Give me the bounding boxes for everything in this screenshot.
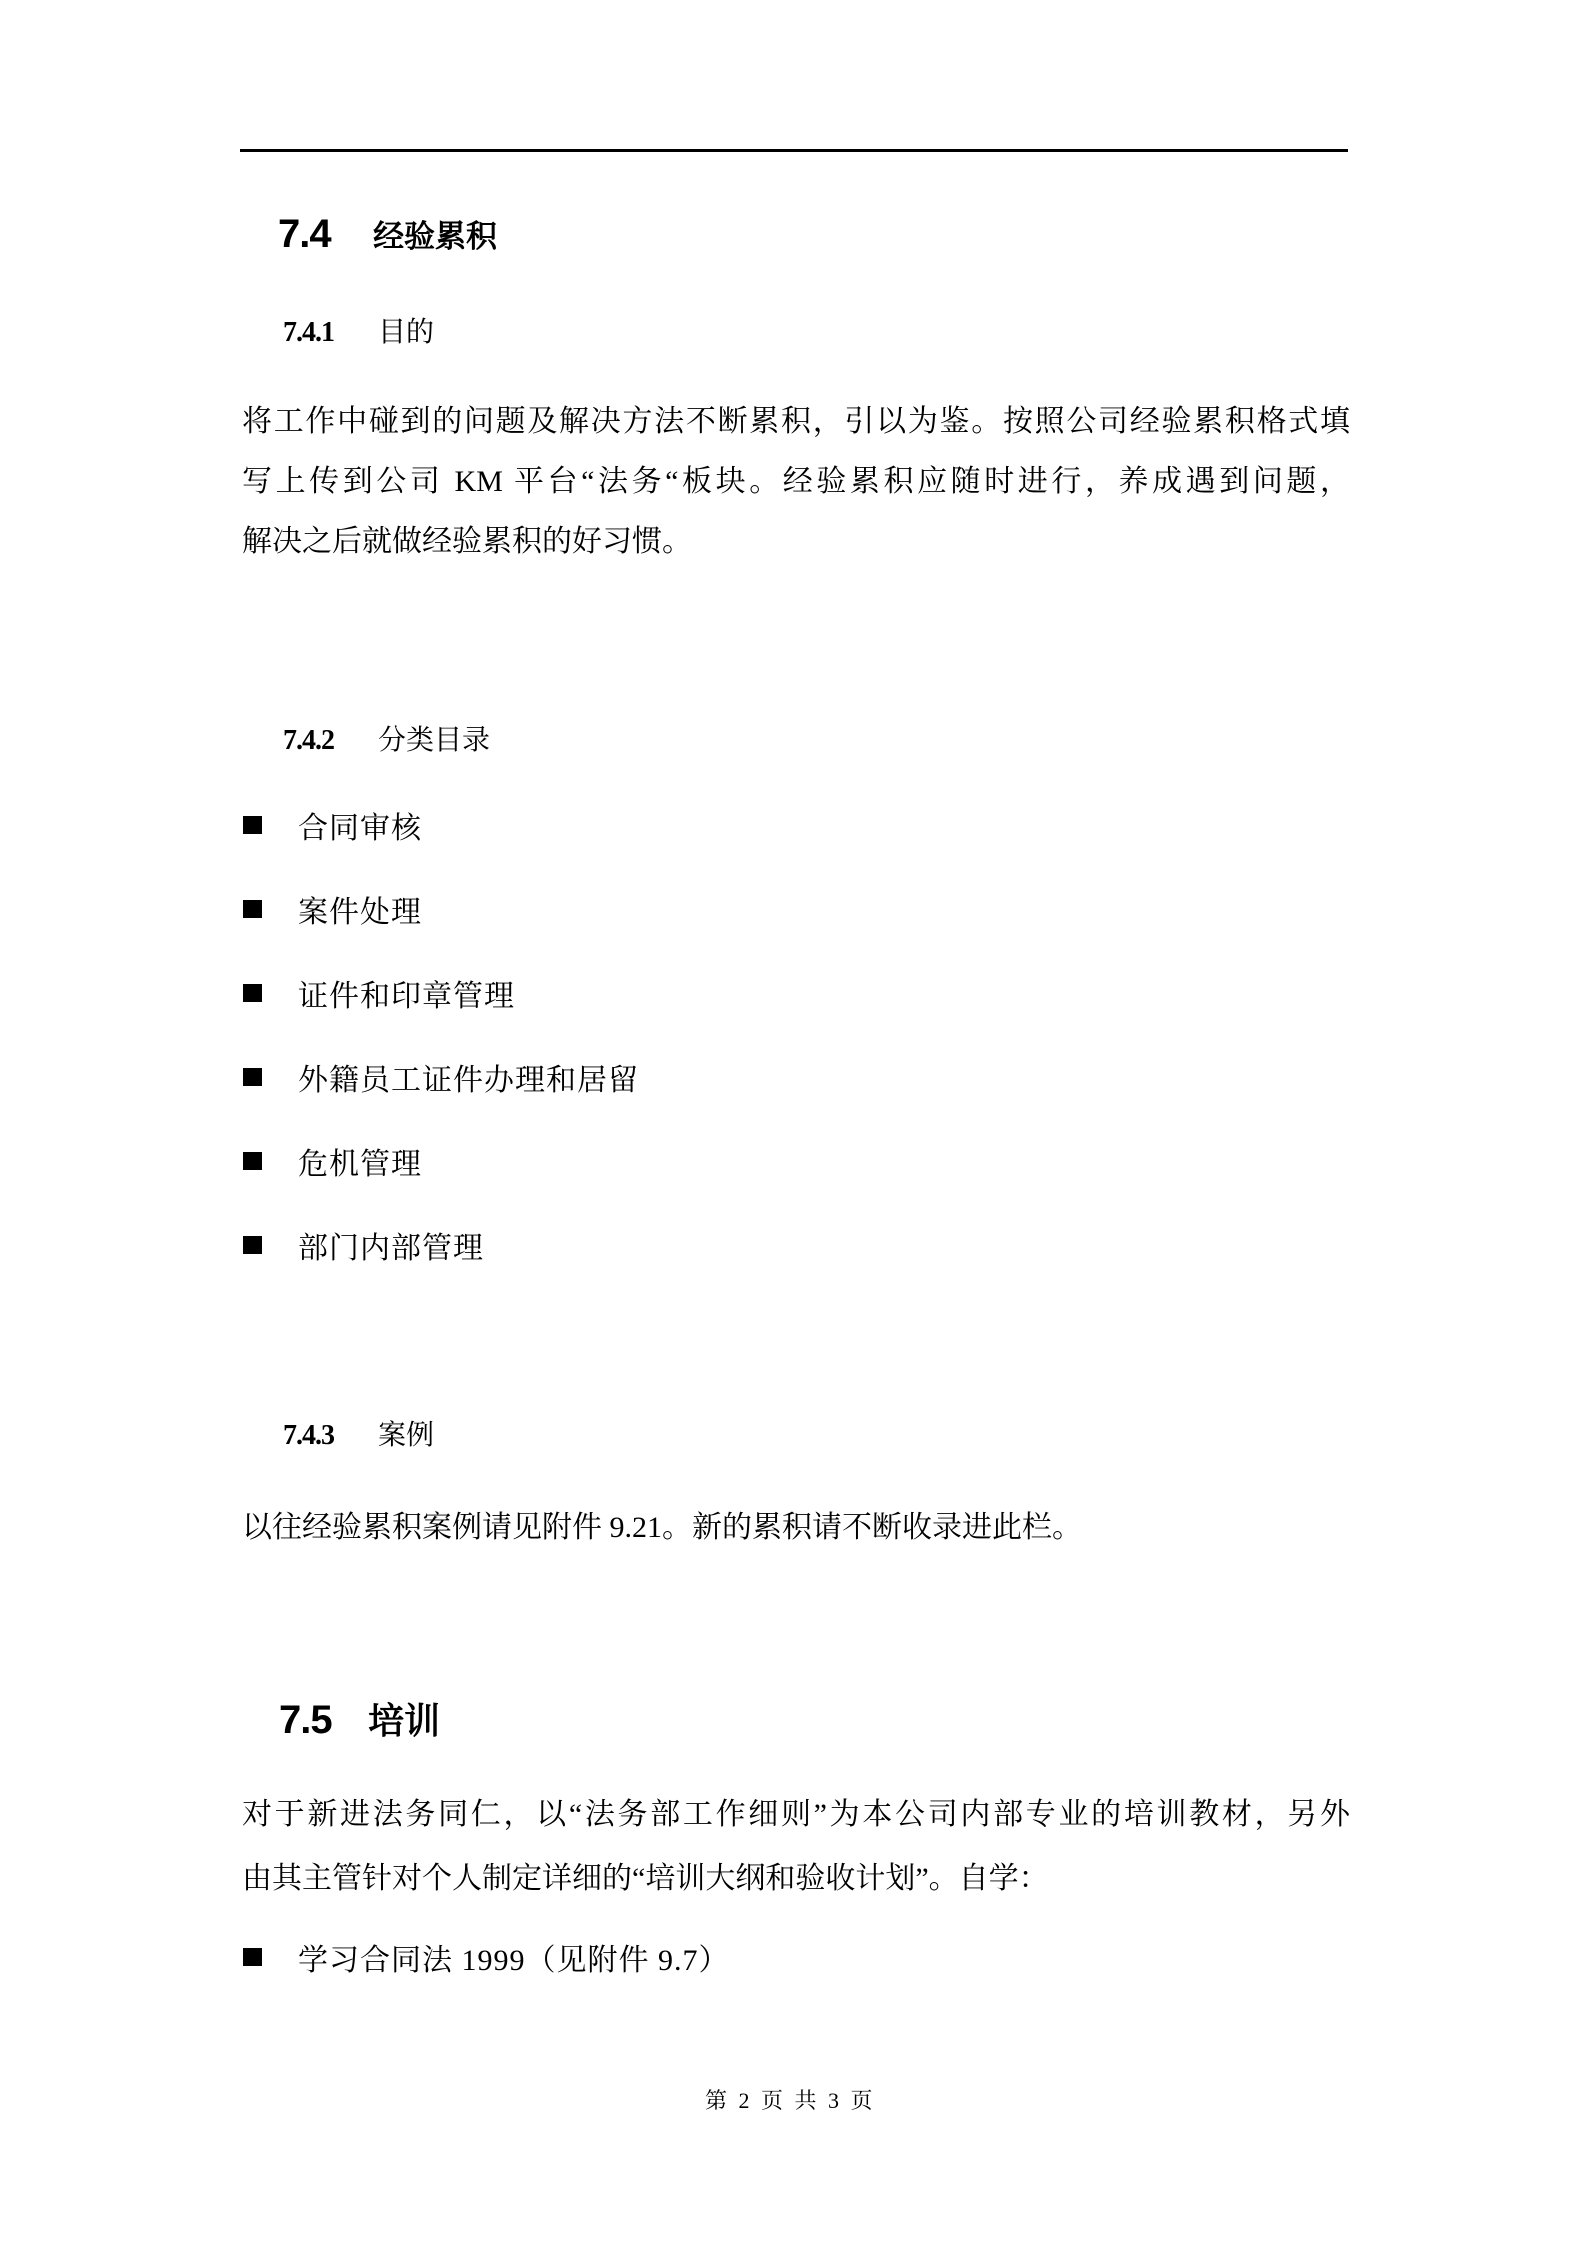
cases-paragraph: 以往经验累积案例请见附件 9.21。新的累积请不断收录进此栏。 <box>242 1498 1350 1558</box>
square-bullet-icon <box>243 984 262 1002</box>
list-item-text: 外籍员工证件办理和居留 <box>298 1055 639 1099</box>
section-heading-7-4: 7.4 经验累积 <box>278 214 497 254</box>
paragraph-line: 以往经验累积案例请见附件 9.21。新的累积请不断收录进此栏。 <box>242 1498 1350 1558</box>
training-paragraph: 对于新进法务同仁，以“法务部工作细则”为本公司内部专业的培训教材，另外 由其主管… <box>242 1783 1350 1911</box>
section-heading-7-5: 7.5 培训 <box>279 1700 440 1740</box>
section-title: 经验累积 <box>373 221 497 252</box>
square-bullet-icon <box>243 1152 262 1170</box>
list-item: 合同审核 <box>240 805 639 845</box>
paragraph-line: 解决之后就做经验累积的好习惯。 <box>242 512 1350 572</box>
section-number: 7.5 <box>279 1700 332 1740</box>
list-item-text: 危机管理 <box>298 1139 422 1183</box>
paragraph-line: 将工作中碰到的问题及解决方法不断累积，引以为鉴。按照公司经验累积格式填 <box>242 392 1350 452</box>
list-item-text: 部门内部管理 <box>298 1223 484 1267</box>
square-bullet-icon <box>243 816 262 834</box>
square-bullet-icon <box>243 900 262 918</box>
section-title: 培训 <box>368 1703 440 1739</box>
subsection-title: 分类目录 <box>378 726 490 754</box>
list-item-text: 证件和印章管理 <box>298 971 515 1015</box>
subsection-title: 目的 <box>378 318 434 346</box>
paragraph-line: 由其主管针对个人制定详细的“培训大纲和验收计划”。自学： <box>242 1847 1350 1911</box>
list-item-text: 学习合同法 1999（见附件 9.7） <box>298 1935 730 1979</box>
paragraph-line: 对于新进法务同仁，以“法务部工作细则”为本公司内部专业的培训教材，另外 <box>242 1783 1350 1847</box>
square-bullet-icon <box>243 1236 262 1254</box>
list-item: 案件处理 <box>240 889 639 929</box>
list-item-text: 案件处理 <box>298 887 422 931</box>
square-bullet-icon <box>243 1948 262 1966</box>
subsection-heading-7-4-3: 7.4.3 案例 <box>283 1421 434 1450</box>
header-rule <box>240 149 1348 152</box>
self-study-list: 学习合同法 1999（见附件 9.7） <box>240 1937 730 1977</box>
subsection-number: 7.4.3 <box>283 1422 334 1450</box>
category-list: 合同审核 案件处理 证件和印章管理 外籍员工证件办理和居留 危机管理 部门内部管… <box>240 805 639 1265</box>
list-item: 部门内部管理 <box>240 1225 639 1265</box>
purpose-paragraph: 将工作中碰到的问题及解决方法不断累积，引以为鉴。按照公司经验累积格式填 写上传到… <box>242 392 1350 572</box>
paragraph-line: 写上传到公司 KM 平台“法务“板块。经验累积应随时进行，养成遇到问题， <box>242 452 1350 512</box>
page-footer: 第 2 页 共 3 页 <box>705 2084 873 2115</box>
list-item: 学习合同法 1999（见附件 9.7） <box>240 1937 730 1977</box>
subsection-number: 7.4.1 <box>283 319 334 347</box>
list-item: 证件和印章管理 <box>240 973 639 1013</box>
section-number: 7.4 <box>278 214 331 254</box>
square-bullet-icon <box>243 1068 262 1086</box>
subsection-heading-7-4-2: 7.4.2 分类目录 <box>283 726 490 755</box>
list-item: 外籍员工证件办理和居留 <box>240 1057 639 1097</box>
list-item-text: 合同审核 <box>298 803 422 847</box>
subsection-heading-7-4-1: 7.4.1 目的 <box>283 318 434 347</box>
list-item: 危机管理 <box>240 1141 639 1181</box>
subsection-title: 案例 <box>378 1421 434 1449</box>
subsection-number: 7.4.2 <box>283 727 334 755</box>
